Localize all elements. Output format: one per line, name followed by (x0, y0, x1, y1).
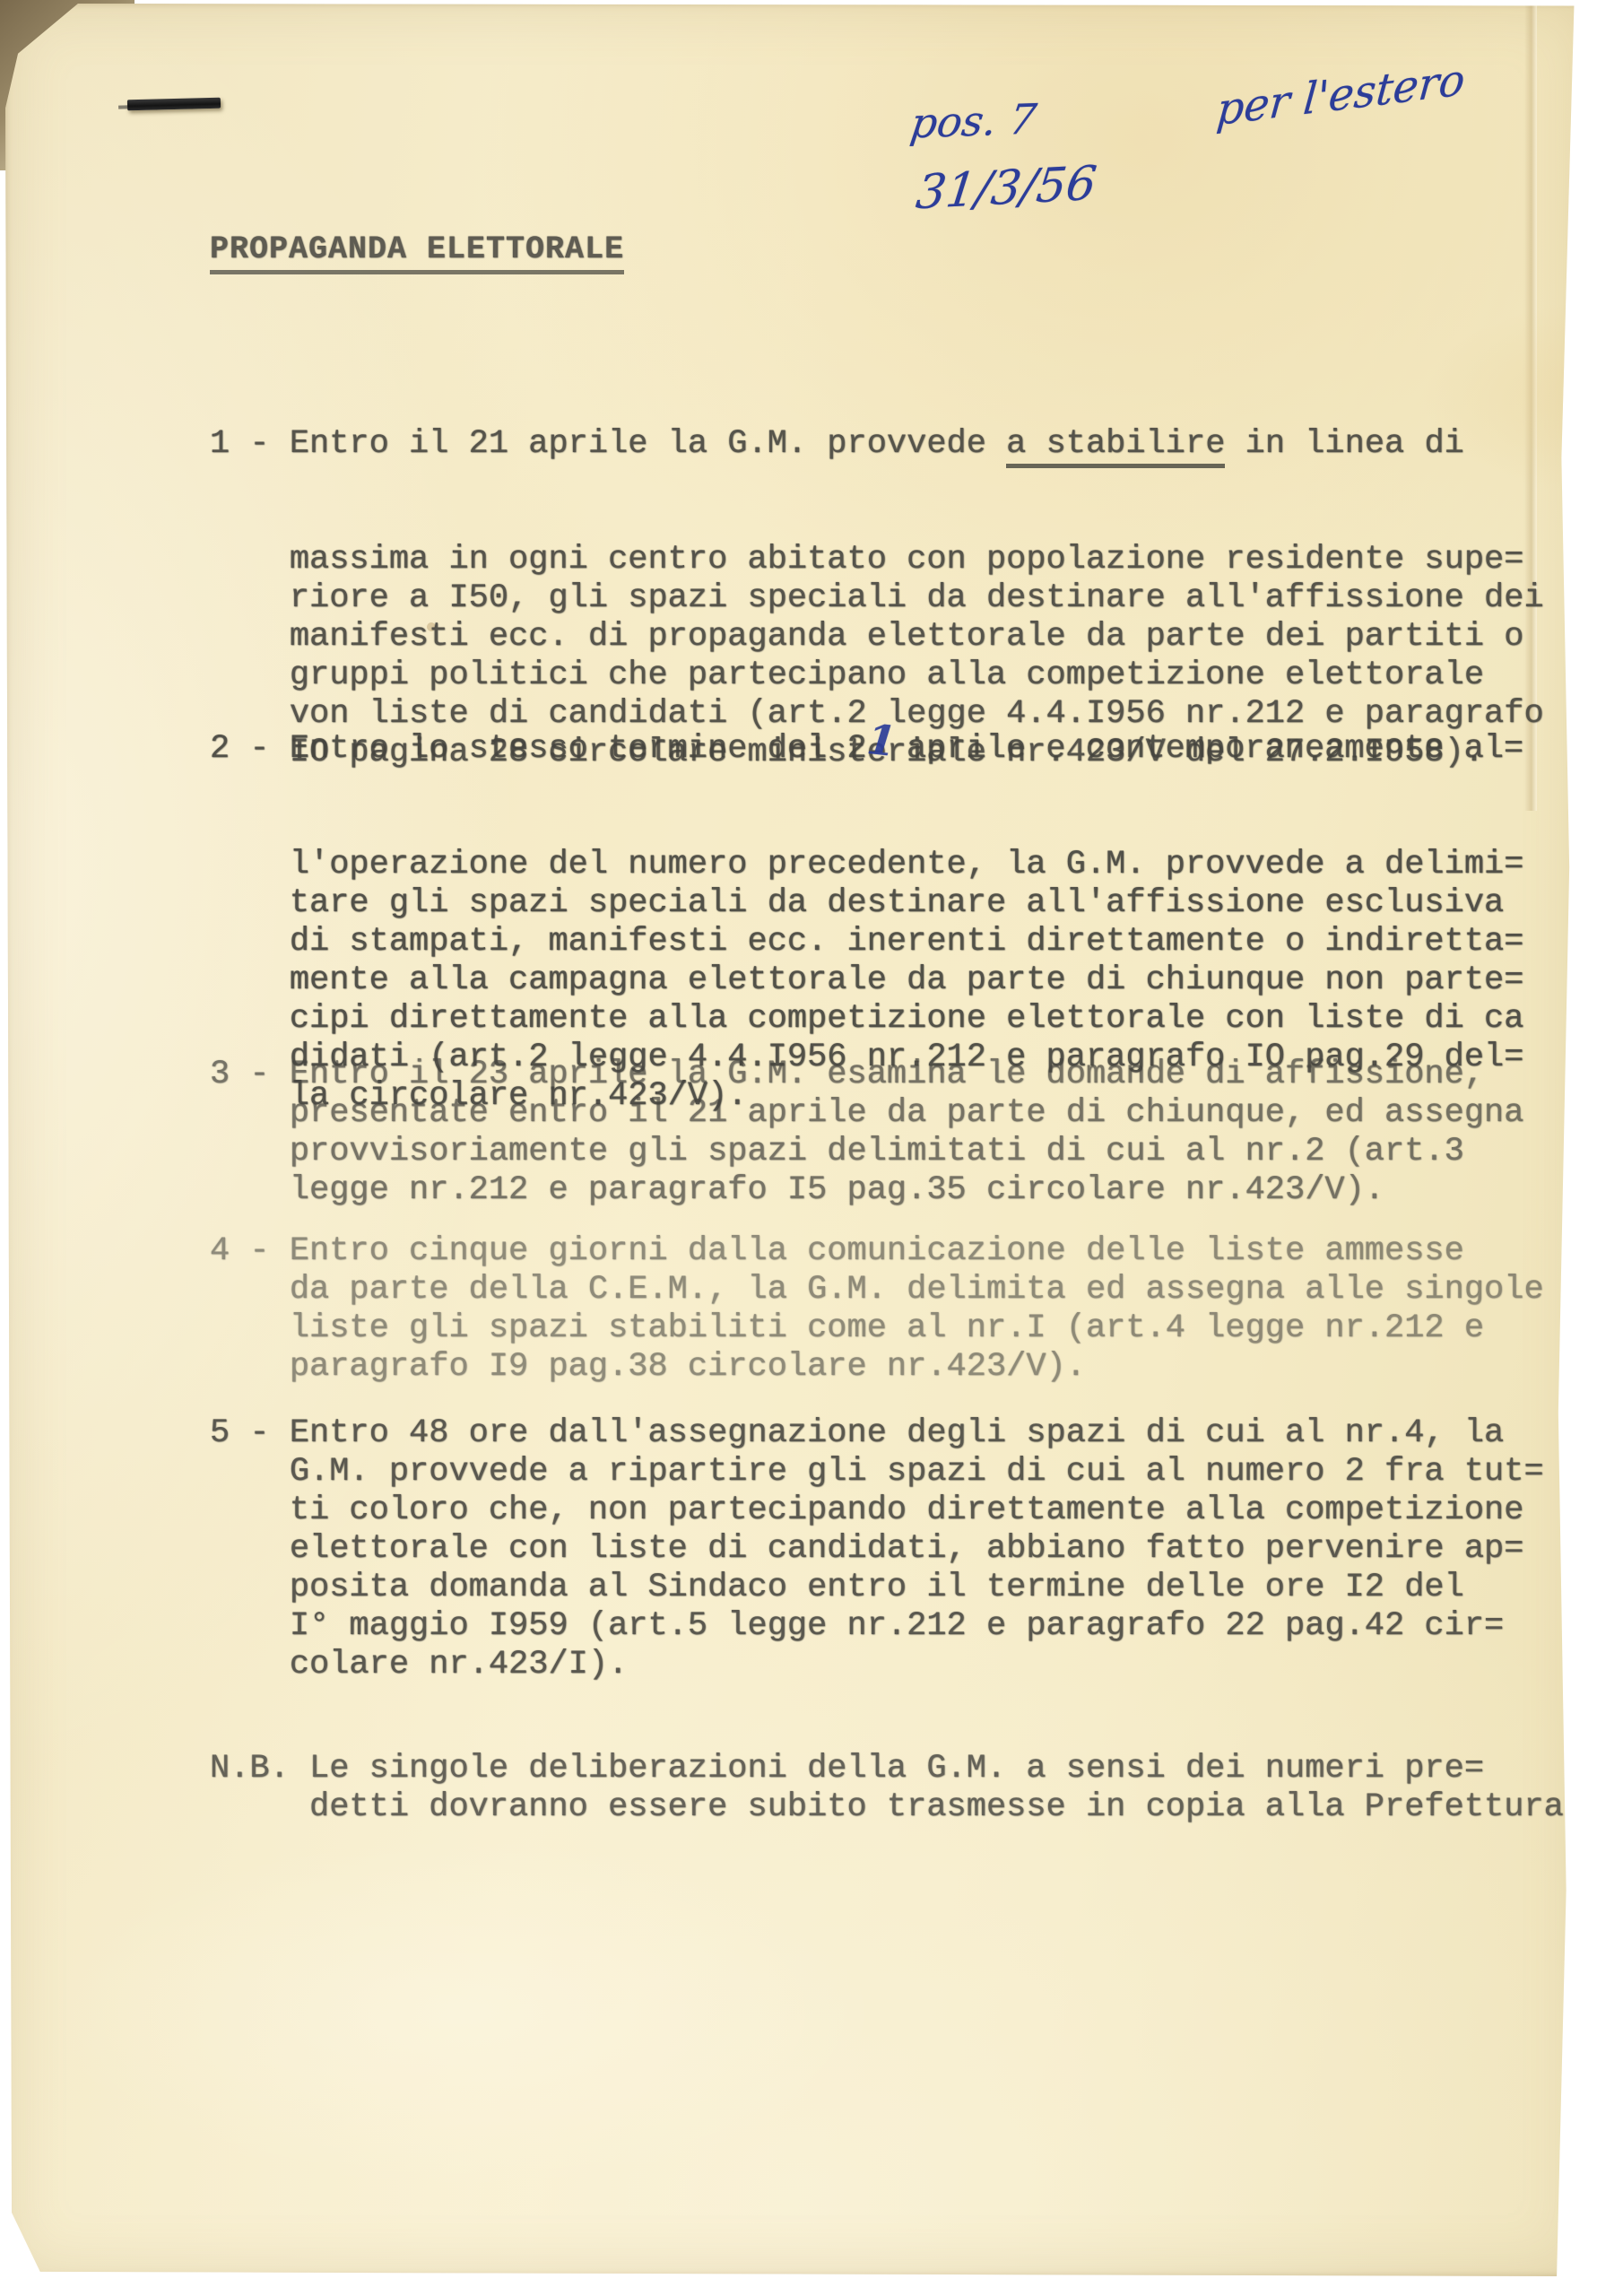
nota-bene: N.B. Le singole deliberazioni della G.M.… (210, 1673, 1584, 1904)
paragraph-1-prefix: 1 - Entro il 21 aprile la G.M. provvede (210, 425, 1006, 463)
paragraph-2-first-line: 2 - Entro lo stesso termine del 21 april… (210, 724, 1523, 769)
document-page: pos. 7 31/3/56 per l'estero PROPAGANDA E… (5, 4, 1584, 2276)
handwritten-date-note: 31/3/56 (913, 157, 1099, 221)
paragraph-5-body: 5 - Entro 48 ore dall'assegnazione degli… (210, 1414, 1544, 1684)
document-title: PROPAGANDA ELETTORALE (210, 231, 624, 274)
staple-mark (127, 98, 221, 111)
nota-bene-body: N.B. Le singole deliberazioni della G.M.… (210, 1750, 1584, 1827)
handwritten-estero-note: per l'estero (1215, 55, 1467, 136)
paragraph-1-suffix: in linea di (1225, 425, 1463, 463)
pen-correction: 1 (865, 720, 889, 761)
paragraph-2-prefix: 2 - Entro lo stesso termine del 2 (210, 730, 867, 768)
paragraph-1-first-line: 1 - Entro il 21 aprile la G.M. provvede … (210, 425, 1544, 464)
paragraph-2-suffix: aprile e contemporaneamente al= (887, 730, 1524, 768)
underlined-phrase: a stabilire (1006, 425, 1225, 468)
handwritten-position-note: pos. 7 (907, 94, 1039, 147)
